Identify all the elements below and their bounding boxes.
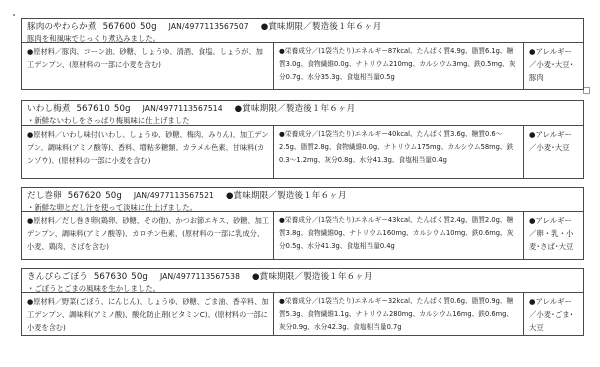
product-code: 567630 — [94, 272, 127, 282]
product-block: きんぴらごぼう56763050gJAN/4977113567538●賞味期限／製… — [21, 268, 584, 336]
product-jan: JAN/4977113567507 — [169, 22, 249, 31]
product-name: だし巻卵 — [27, 191, 62, 201]
product-name: いわし梅煮 — [27, 104, 70, 114]
resize-handle[interactable] — [583, 87, 590, 94]
product-description: ・ごぼうとごまの風味を生かしました。 — [27, 283, 578, 293]
nutrition-cell: ●栄養成分／(1袋当たり)エネルギー43kcal、たんぱく質2.4g、脂質2.0… — [274, 212, 524, 259]
product-details-row: ●原材料／豚肉、コーン油、砂糖、しょうゆ、清酒、食塩、しょうが、加工デンプン、(… — [22, 43, 583, 89]
product-details-row: ●原材料／野菜(ごぼう、にんじん)、しょうゆ、砂糖、ごま油、香辛料、加工デンプン… — [22, 293, 583, 335]
product-jan: JAN/4977113567514 — [143, 104, 223, 113]
shelf-life: ●賞味期限／製造後１年６ヶ月 — [226, 191, 347, 201]
product-title-line: 豚肉のやわらか煮56760050gJAN/4977113567507●賞味期限／… — [27, 21, 578, 33]
product-details-row: ●原材料／だし巻き卵(鶏卵、砂糖、その他)、かつお節エキス、砂糖、加工デンプン、… — [22, 212, 583, 259]
ingredients-cell: ●原材料／野菜(ごぼう、にんじん)、しょうゆ、砂糖、ごま油、香辛料、加工デンプン… — [22, 293, 274, 335]
allergen-cell: ●アレルギー／小麦･大豆･豚肉 — [524, 43, 583, 89]
product-header: 豚肉のやわらか煮56760050gJAN/4977113567507●賞味期限／… — [22, 19, 583, 43]
product-block: 豚肉のやわらか煮56760050gJAN/4977113567507●賞味期限／… — [21, 18, 584, 90]
product-jan: JAN/4977113567538 — [160, 272, 240, 281]
product-weight: 50g — [131, 272, 148, 282]
product-name: 豚肉のやわらか煮 — [27, 22, 97, 32]
product-code: 567600 — [103, 22, 136, 32]
product-title-line: きんぴらごぼう56763050gJAN/4977113567538●賞味期限／製… — [27, 271, 578, 283]
product-description: ・新鮮な卵とだし汁を使って淡味に仕上げました。 — [27, 202, 578, 212]
product-header: きんぴらごぼう56763050gJAN/4977113567538●賞味期限／製… — [22, 269, 583, 293]
product-header: だし巻卵56762050gJAN/4977113567521●賞味期限／製造後１… — [22, 188, 583, 212]
product-block: だし巻卵56762050gJAN/4977113567521●賞味期限／製造後１… — [21, 187, 584, 260]
corner-mark — [13, 14, 15, 16]
ingredients-cell: ●原材料／豚肉、コーン油、砂糖、しょうゆ、清酒、食塩、しょうが、加工デンプン、(… — [22, 43, 274, 89]
allergen-cell: ●アレルギー／小麦･大豆 — [524, 126, 583, 178]
product-jan: JAN/4977113567521 — [134, 191, 214, 200]
product-title-line: だし巻卵56762050gJAN/4977113567521●賞味期限／製造後１… — [27, 190, 578, 202]
nutrition-cell: ●栄養成分／(1袋当たり)エネルギー32kcal、たんぱく質0.6g、脂質0.9… — [274, 293, 524, 335]
product-weight: 50g — [114, 104, 131, 114]
allergen-cell: ●アレルギー／小麦･ごま･大豆 — [524, 293, 583, 335]
product-description: ・新鮮ないわしをさっぱり梅風味に仕上げました — [27, 115, 578, 126]
nutrition-cell: ●栄養成分／(1袋当たり)エネルギー87kcal、たんぱく質4.9g、脂質6.1… — [274, 43, 524, 89]
product-weight: 50g — [105, 191, 122, 201]
nutrition-cell: ●栄養成分／(1袋当たり)エネルギー40kcal、たんぱく質3.6g、糖質0.6… — [274, 126, 524, 178]
product-weight: 50g — [140, 22, 157, 32]
shelf-life: ●賞味期限／製造後１年６ヶ月 — [235, 104, 356, 114]
product-code: 567620 — [68, 191, 101, 201]
shelf-life: ●賞味期限／製造後１年６ヶ月 — [261, 22, 382, 32]
product-block: いわし梅煮56761050gJAN/4977113567514●賞味期限／製造後… — [21, 100, 584, 179]
ingredients-cell: ●原材料／いわし味付(いわし、しょうゆ、砂糖、梅肉、みりん)、加工デンプン、調味… — [22, 126, 274, 178]
product-description: 豚肉を和風味でじっくり煮込みました。 — [27, 33, 578, 43]
ingredients-cell: ●原材料／だし巻き卵(鶏卵、砂糖、その他)、かつお節エキス、砂糖、加工デンプン、… — [22, 212, 274, 259]
product-name: きんぴらごぼう — [27, 272, 88, 282]
shelf-life: ●賞味期限／製造後１年６ヶ月 — [252, 272, 373, 282]
allergen-cell: ●アレルギー／卵・乳・小麦･さば･大豆 — [524, 212, 583, 259]
product-details-row: ●原材料／いわし味付(いわし、しょうゆ、砂糖、梅肉、みりん)、加工デンプン、調味… — [22, 126, 583, 178]
product-code: 567610 — [76, 104, 109, 114]
product-header: いわし梅煮56761050gJAN/4977113567514●賞味期限／製造後… — [22, 101, 583, 126]
product-title-line: いわし梅煮56761050gJAN/4977113567514●賞味期限／製造後… — [27, 103, 578, 115]
